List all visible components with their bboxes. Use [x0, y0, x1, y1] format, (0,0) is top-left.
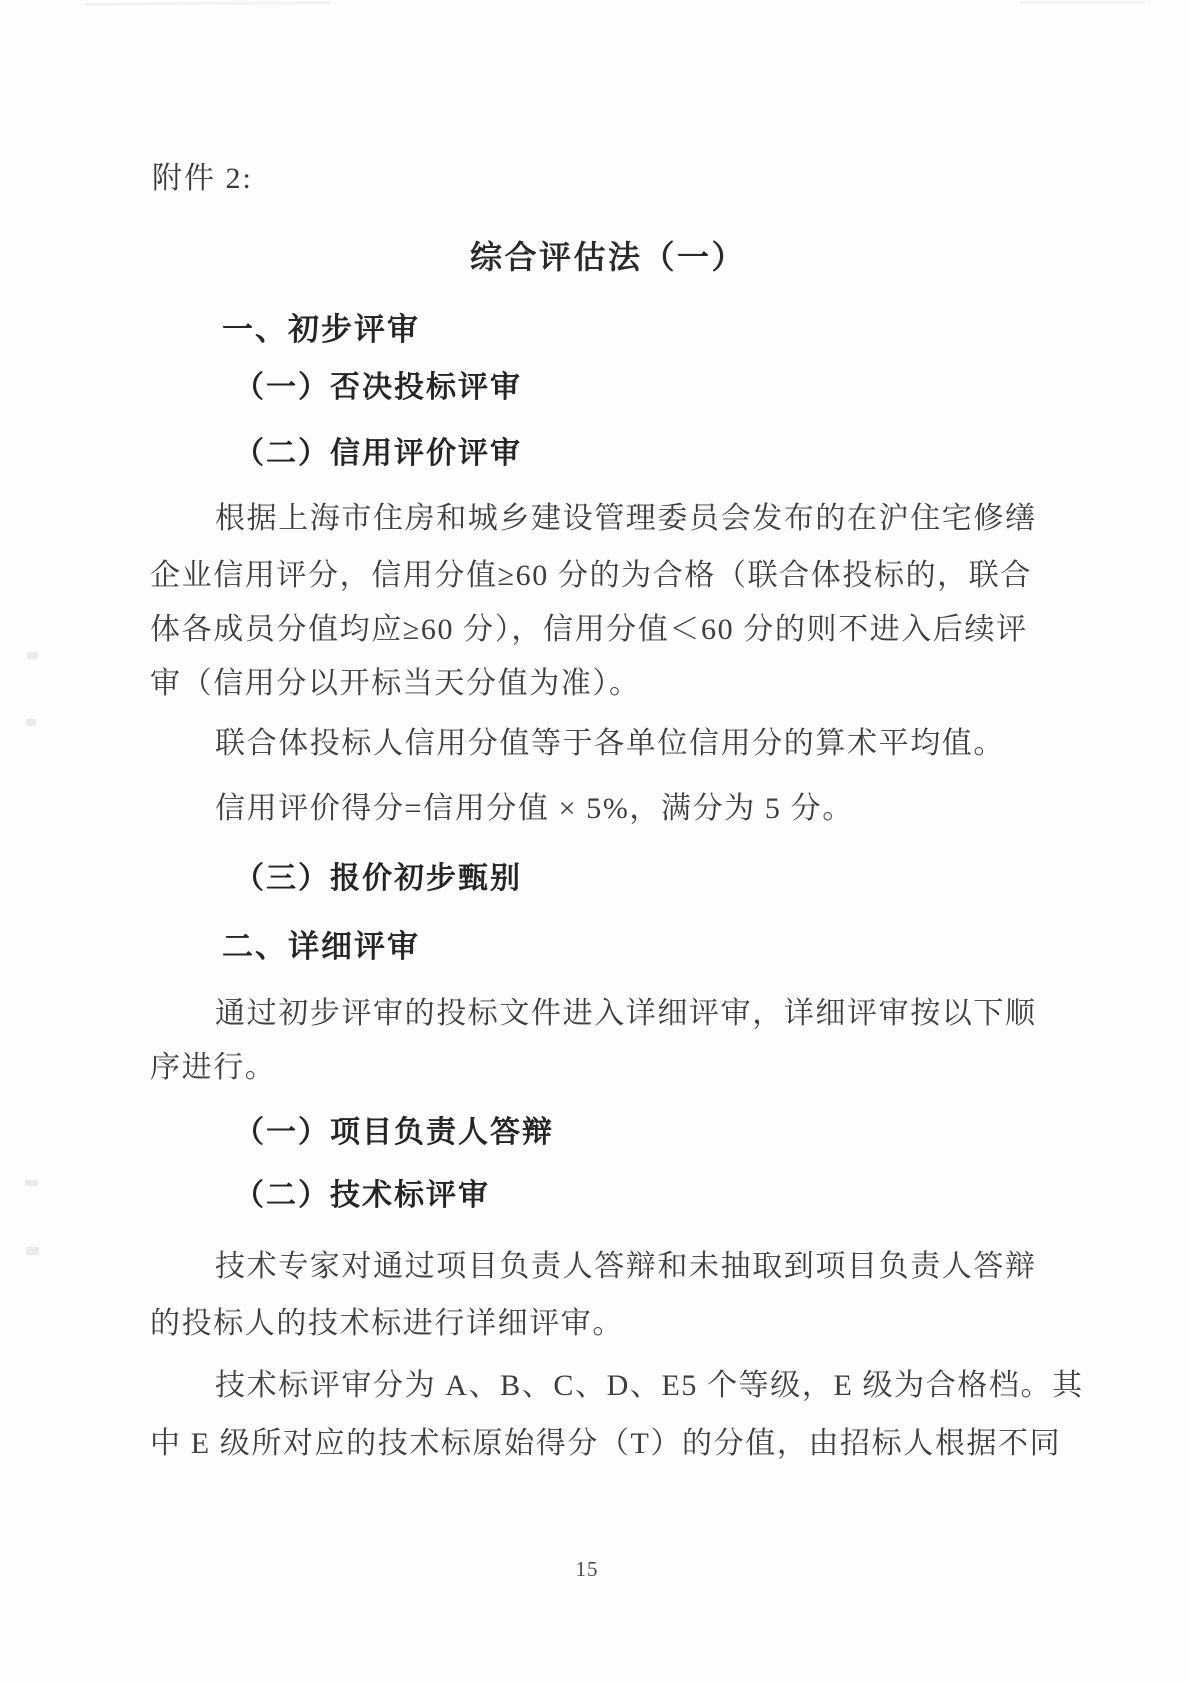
paragraph-line: 通过初步评审的投标文件进入详细评审，详细评审按以下顺 — [215, 999, 1037, 1029]
heading-credit-evaluation-review: （二）信用评价评审 — [234, 439, 522, 469]
scan-artifact — [26, 1247, 39, 1255]
paragraph-line: 体各成员分值均应≥60 分），信用分值＜60 分的则不进入后续评 — [150, 615, 1028, 645]
paragraph-line: 联合体投标人信用分值等于各单位信用分的算术平均值。 — [215, 729, 1005, 759]
document-page: 附件 2: 综合评估法（一） 一、初步评审 （一）否决投标评审 （二）信用评价评… — [0, 0, 1190, 1682]
scan-artifact — [25, 1180, 38, 1186]
scan-streak — [85, 1, 330, 6]
scan-artifact — [27, 652, 38, 659]
page-title: 综合评估法（一） — [13, 232, 1190, 278]
scan-artifact — [26, 719, 36, 726]
heading-project-manager-defense: （一）项目负责人答辩 — [234, 1118, 554, 1148]
heading-reject-bid-review: （一）否决投标评审 — [234, 373, 522, 403]
heading-price-screening: （三）报价初步甄别 — [234, 864, 522, 894]
heading-detailed-review: 二、详细评审 — [222, 931, 420, 962]
paragraph-line: 中 E 级所对应的技术标原始得分（T）的分值，由招标人根据不同 — [150, 1429, 1061, 1459]
paragraph-line: 根据上海市住房和城乡建设管理委员会发布的在沪住宅修缮 — [215, 504, 1037, 534]
paragraph-line: 信用评价得分=信用分值 × 5%，满分为 5 分。 — [215, 794, 854, 824]
paragraph-line: 企业信用评分，信用分值≥60 分的为合格（联合体投标的，联合 — [150, 561, 1032, 591]
heading-preliminary-review: 一、初步评审 — [222, 314, 420, 345]
paragraph-line: 技术标评审分为 A、B、C、D、E5 个等级，E 级为合格档。其 — [215, 1371, 1084, 1401]
attachment-label: 附件 2: — [152, 164, 253, 194]
paragraph-line: 序进行。 — [150, 1053, 276, 1083]
page-number: 15 — [0, 1557, 1182, 1582]
paragraph-line: 的投标人的技术标进行详细评审。 — [150, 1309, 624, 1339]
paragraph-line: 审（信用分以开标当天分值为准）。 — [150, 669, 641, 699]
paragraph-line: 技术专家对通过项目负责人答辩和未抽取到项目负责人答辩 — [215, 1252, 1037, 1282]
heading-technical-bid-review: （二）技术标评审 — [234, 1181, 490, 1211]
scan-streak — [1020, 1, 1145, 4]
